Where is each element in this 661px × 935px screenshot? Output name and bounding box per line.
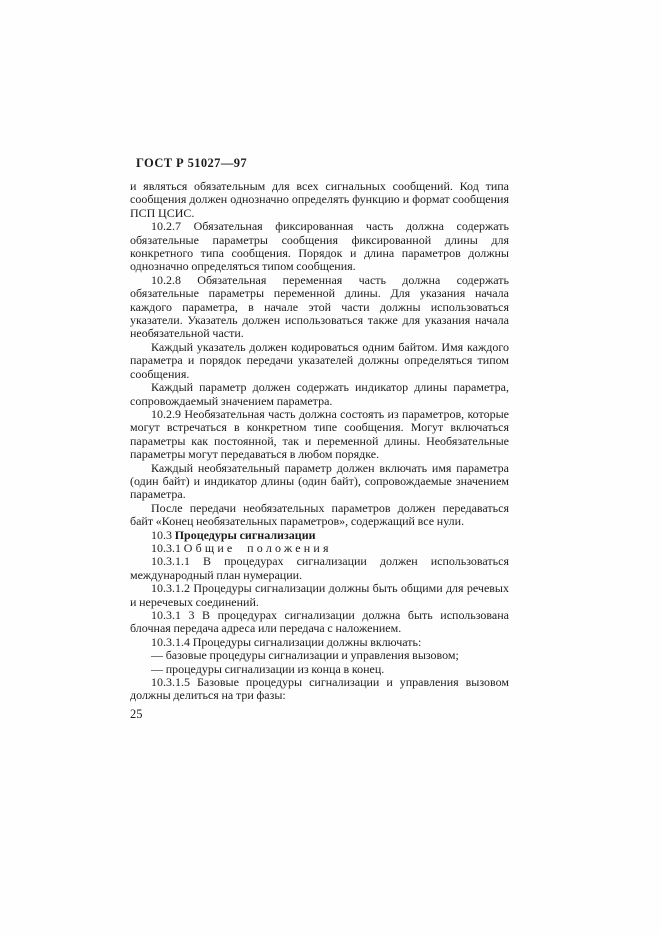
paragraph-run: Каждый указатель должен кодироваться одн… — [130, 340, 509, 381]
paragraph: После передачи необязательных параметров… — [130, 502, 509, 529]
paragraph: Каждый указатель должен кодироваться одн… — [130, 341, 509, 381]
paragraph: 10.2.8 Обязательная переменная часть дол… — [130, 274, 509, 341]
paragraph-run: 10.3.1.2 Процедуры сигнализации должны б… — [130, 581, 509, 608]
paragraph: 10.3 Процедуры сигнализации — [130, 529, 509, 542]
paragraph: 10.3.1 3 В процедурах сигнализации должн… — [130, 609, 509, 636]
page-number: 25 — [130, 708, 509, 721]
paragraph: Каждый необязательный параметр должен вк… — [130, 462, 509, 502]
document-body: и являться обязательным для всех сигналь… — [130, 180, 509, 721]
paragraph-run: 10.2.7 Обязательная фиксированная часть … — [130, 219, 509, 273]
paragraph: — базовые процедуры сигнализации и управ… — [130, 649, 509, 662]
paragraph-run: 10.2.9 Необязательная часть должна состо… — [130, 407, 509, 461]
paragraph-run: и являться обязательным для всех сигналь… — [130, 179, 509, 220]
paragraph: — процедуры сигнализации из конца в коне… — [130, 663, 509, 676]
paragraph: 10.3.1 Общие положения — [130, 542, 509, 555]
paragraph: 10.2.7 Обязательная фиксированная часть … — [130, 220, 509, 274]
paragraph-run: Каждый необязательный параметр должен вк… — [130, 461, 509, 502]
paragraph-run-spaced: Общие положения — [184, 541, 332, 555]
running-header: ГОСТ Р 51027—97 — [136, 156, 247, 171]
paragraph: 10.2.9 Необязательная часть должна состо… — [130, 408, 509, 462]
paragraph-run-bold: Процедуры сигнализации — [175, 528, 316, 542]
paragraph: 10.3.1.1 В процедурах сигнализации долже… — [130, 555, 509, 582]
paragraph-run: 10.3.1 3 В процедурах сигнализации должн… — [130, 608, 509, 635]
paragraph: 10.3.1.4 Процедуры сигнализации должны в… — [130, 636, 509, 649]
paragraph-run: 10.2.8 Обязательная переменная часть дол… — [130, 273, 509, 341]
paragraph-run: 10.3 — [151, 528, 175, 542]
paragraph-run: 10.3.1 — [151, 541, 184, 555]
document-page: ГОСТ Р 51027—97 и являться обязательным … — [0, 0, 661, 935]
paragraph-run: 10.3.1.1 В процедурах сигнализации долже… — [130, 554, 509, 581]
paragraph-run: 10.3.1.5 Базовые процедуры сигнализации … — [130, 675, 509, 702]
paragraph-run: После передачи необязательных параметров… — [130, 501, 509, 528]
paragraph: Каждый параметр должен содержать индикат… — [130, 381, 509, 408]
paragraph-run: — процедуры сигнализации из конца в коне… — [151, 662, 384, 676]
paragraph-run: 10.3.1.4 Процедуры сигнализации должны в… — [151, 635, 421, 649]
paragraph-run: Каждый параметр должен содержать индикат… — [130, 380, 509, 407]
paragraph: 10.3.1.2 Процедуры сигнализации должны б… — [130, 582, 509, 609]
paragraph: и являться обязательным для всех сигналь… — [130, 180, 509, 220]
paragraph: 10.3.1.5 Базовые процедуры сигнализации … — [130, 676, 509, 703]
paragraph-run: — базовые процедуры сигнализации и управ… — [151, 648, 459, 662]
